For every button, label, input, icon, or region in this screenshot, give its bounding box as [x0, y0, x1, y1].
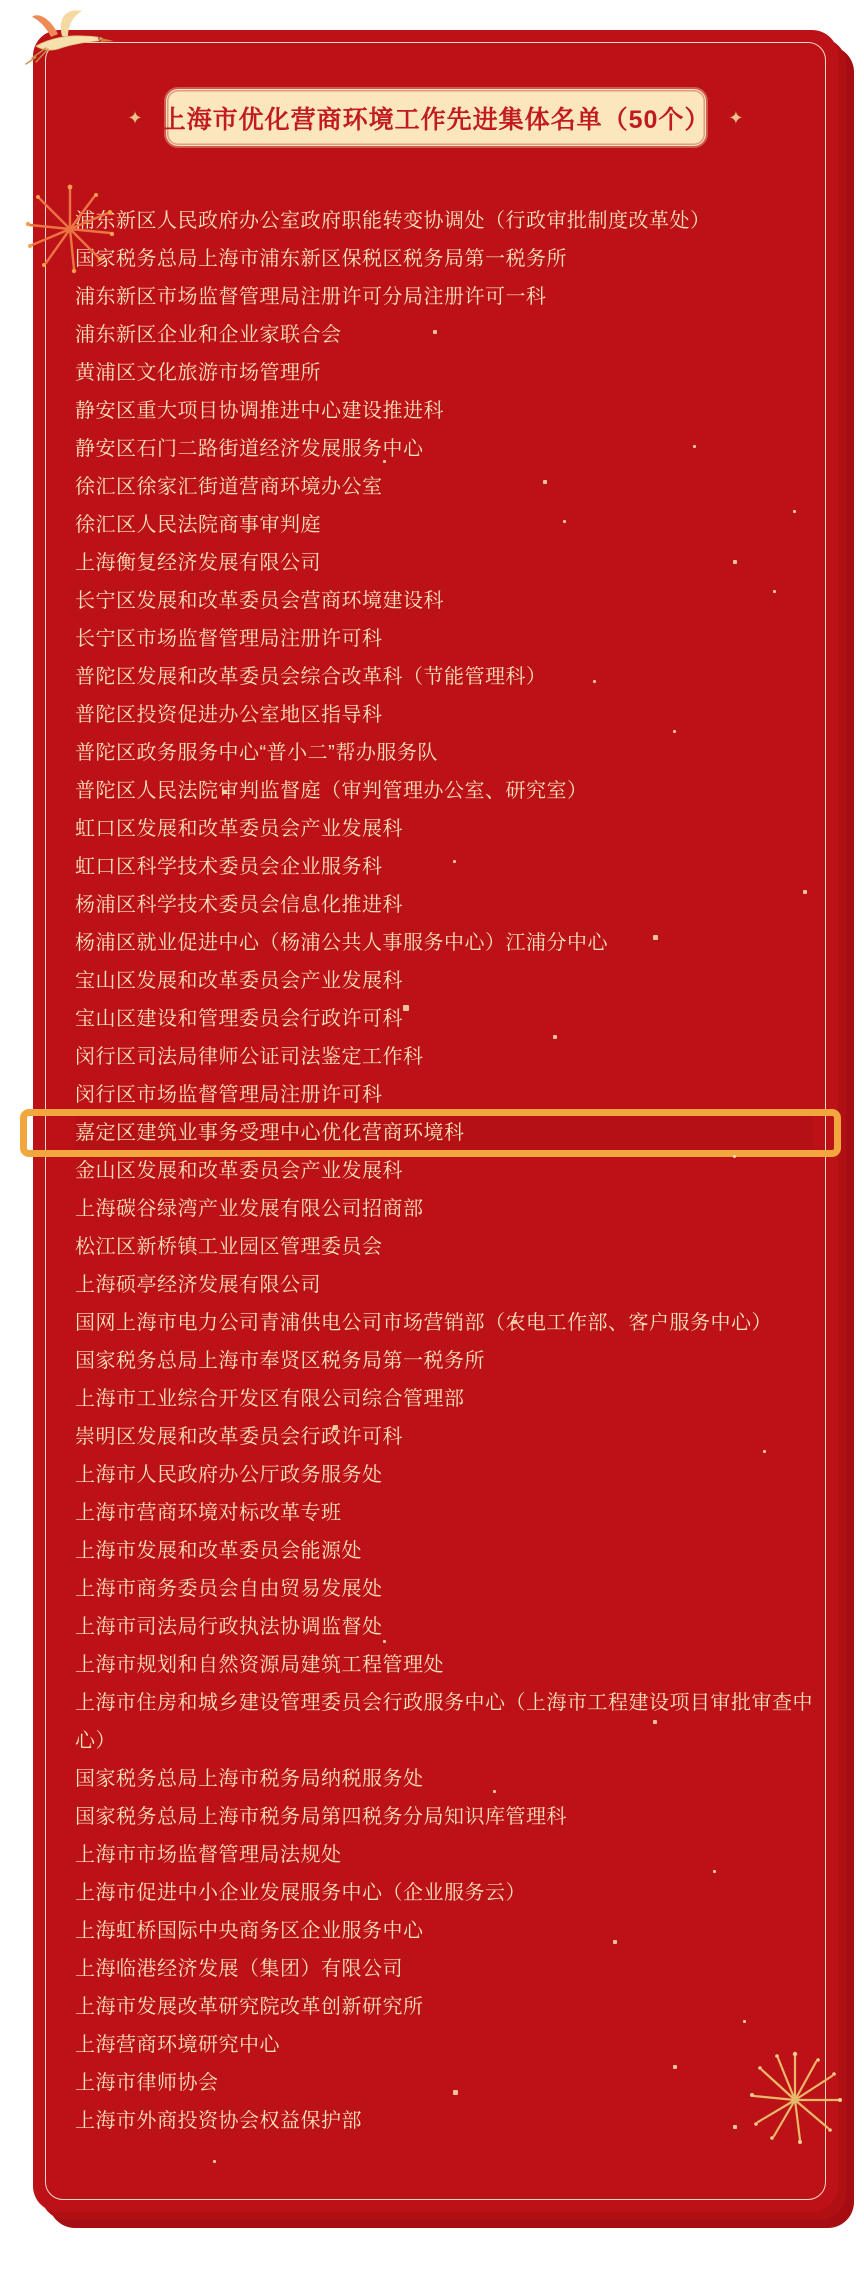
speck-decor [563, 520, 566, 523]
speck-decor [513, 1320, 517, 1324]
list-item: 浦东新区市场监督管理局注册许可分局注册许可一科 [75, 278, 813, 316]
speck-decor [673, 2065, 677, 2069]
list-item: 普陀区人民法院审判监督庭（审判管理办公室、研究室） [75, 772, 813, 810]
list-item: 金山区发展和改革委员会产业发展科 [75, 1152, 813, 1190]
list-item: 长宁区市场监督管理局注册许可科 [75, 620, 813, 658]
list-item: 徐汇区人民法院商事审判庭 [75, 506, 813, 544]
list-item: 闵行区市场监督管理局注册许可科 [75, 1076, 813, 1114]
list-item: 上海市商务委员会自由贸易发展处 [75, 1570, 813, 1608]
speck-decor [613, 1940, 617, 1944]
speck-decor [733, 2125, 737, 2129]
list-item: 崇明区发展和改革委员会行政许可科 [75, 1418, 813, 1456]
diamond-right-icon: ✦ [728, 109, 743, 127]
crane-icon [24, 8, 120, 72]
speck-decor [693, 445, 696, 448]
list-item: 宝山区建设和管理委员会行政许可科 [75, 1000, 813, 1038]
speck-decor [543, 480, 547, 484]
list-item: 长宁区发展和改革委员会营商环境建设科 [75, 582, 813, 620]
list-item: 浦东新区人民政府办公室政府职能转变协调处（行政审批制度改革处） [75, 202, 813, 240]
list-item: 国网上海市电力公司青浦供电公司市场营销部（农电工作部、客户服务中心） [75, 1304, 813, 1342]
speck-decor [593, 680, 596, 683]
list-item: 上海市人民政府办公厅政务服务处 [75, 1456, 813, 1494]
list-item: 国家税务总局上海市税务局纳税服务处 [75, 1760, 813, 1798]
speck-decor [493, 1790, 496, 1793]
list-item: 杨浦区就业促进中心（杨浦公共人事服务中心）江浦分中心 [75, 924, 813, 962]
list-item: 国家税务总局上海市浦东新区保税区税务局第一税务所 [75, 240, 813, 278]
list-item: 上海碳谷绿湾产业发展有限公司招商部 [75, 1190, 813, 1228]
list-item: 松江区新桥镇工业园区管理委员会 [75, 1228, 813, 1266]
speck-decor [403, 1005, 409, 1011]
list-item: 普陀区发展和改革委员会综合改革科（节能管理科） [75, 658, 813, 696]
speck-decor [383, 460, 386, 463]
speck-decor [743, 2020, 746, 2023]
list-item: 上海临港经济发展（集团）有限公司 [75, 1950, 813, 1988]
speck-decor [793, 510, 796, 513]
main-panel: ✦ 上海市优化营商环境工作先进集体名单（50个） ✦ 浦东新区人民政府办公室政府… [33, 30, 838, 2212]
list-item-highlighted: 嘉定区建筑业事务受理中心优化营商环境科 [75, 1114, 813, 1152]
list-item: 上海市规划和自然资源局建筑工程管理处 [75, 1646, 813, 1684]
list-item: 浦东新区企业和企业家联合会 [75, 316, 813, 354]
speck-decor [673, 730, 676, 733]
speck-decor [653, 935, 658, 940]
list-item: 静安区石门二路街道经济发展服务中心 [75, 430, 813, 468]
list-item: 上海市促进中小企业发展服务中心（企业服务云） [75, 1874, 813, 1912]
speck-decor [653, 1720, 657, 1724]
diamond-left-icon: ✦ [128, 109, 143, 127]
list-item: 虹口区科学技术委员会企业服务科 [75, 848, 813, 886]
speck-decor [553, 1035, 557, 1039]
speck-decor [213, 2160, 216, 2163]
list-item: 上海市营商环境对标改革专班 [75, 1494, 813, 1532]
page-title: 上海市优化营商环境工作先进集体名单（50个） [161, 100, 711, 136]
list-item: 上海市发展和改革委员会能源处 [75, 1532, 813, 1570]
speck-decor [453, 860, 456, 863]
list-item: 虹口区发展和改革委员会产业发展科 [75, 810, 813, 848]
list-item: 普陀区投资促进办公室地区指导科 [75, 696, 813, 734]
list-item: 闵行区司法局律师公证司法鉴定工作科 [75, 1038, 813, 1076]
list-item: 上海营商环境研究中心 [75, 2026, 813, 2064]
list-item: 上海虹桥国际中央商务区企业服务中心 [75, 1912, 813, 1950]
speck-decor [803, 890, 807, 894]
speck-decor [773, 590, 776, 593]
list-item: 宝山区发展和改革委员会产业发展科 [75, 962, 813, 1000]
speck-decor [333, 1425, 338, 1430]
speck-decor [713, 1870, 716, 1873]
award-list: 浦东新区人民政府办公室政府职能转变协调处（行政审批制度改革处）国家税务总局上海市… [75, 202, 813, 2140]
list-item: 上海硕亭经济发展有限公司 [75, 1266, 813, 1304]
list-item: 上海市发展改革研究院改革创新研究所 [75, 1988, 813, 2026]
list-item: 上海市住房和城乡建设管理委员会行政服务中心（上海市工程建设项目审批审查中心） [75, 1684, 813, 1760]
list-item: 国家税务总局上海市奉贤区税务局第一税务所 [75, 1342, 813, 1380]
list-item: 徐汇区徐家汇街道营商环境办公室 [75, 468, 813, 506]
list-item: 上海市外商投资协会权益保护部 [75, 2102, 813, 2140]
list-item: 上海市工业综合开发区有限公司综合管理部 [75, 1380, 813, 1418]
list-item: 普陀区政务服务中心“普小二”帮办服务队 [75, 734, 813, 772]
list-item: 静安区重大项目协调推进中心建设推进科 [75, 392, 813, 430]
speck-decor [733, 560, 737, 564]
speck-decor [733, 1155, 736, 1158]
speck-decor [453, 2090, 458, 2095]
list-item: 上海市市场监督管理局法规处 [75, 1836, 813, 1874]
list-item: 上海市司法局行政执法协调监督处 [75, 1608, 813, 1646]
title-box: ✦ 上海市优化营商环境工作先进集体名单（50个） ✦ [164, 87, 708, 148]
list-item: 上海市律师协会 [75, 2064, 813, 2102]
list-item: 黄浦区文化旅游市场管理所 [75, 354, 813, 392]
speck-decor [223, 790, 227, 794]
firework-bottom-right-icon [748, 2048, 842, 2146]
speck-decor [383, 1640, 386, 1643]
list-item: 杨浦区科学技术委员会信息化推进科 [75, 886, 813, 924]
speck-decor [763, 1450, 766, 1453]
firework-left-icon [20, 183, 120, 275]
list-item: 国家税务总局上海市税务局第四税务分局知识库管理科 [75, 1798, 813, 1836]
speck-decor [433, 330, 437, 334]
list-item: 上海衡复经济发展有限公司 [75, 544, 813, 582]
